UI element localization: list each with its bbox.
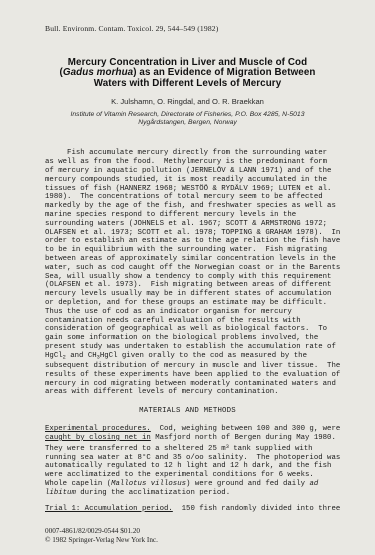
journal-citation: Bull. Environm. Contam. Toxicol. 29, 544… [45,24,375,33]
affiliation: Institute of Vitamin Research, Directora… [0,111,375,127]
footer: 0007-4861/82/0029-0544 $01.20 © 1982 Spr… [45,527,375,544]
paper-page: Bull. Environm. Contam. Toxicol. 29, 544… [0,0,375,555]
footer-copyright: © 1982 Springer-Verlag New York Inc. [45,536,375,544]
paper-title: Mercury Concentration in Liver and Muscl… [0,58,375,89]
authors-line: K. Julshamn, O. Ringdal, and O. R. Braek… [0,97,375,106]
materials-methods-heading: MATERIALS AND METHODS [0,407,375,415]
footer-issn-price: 0007-4861/82/0029-0544 $01.20 [45,527,375,535]
experimental-procedures-paragraph: Experimental procedures. Cod, weighing b… [45,425,347,497]
intro-paragraph: Fish accumulate mercury directly from th… [45,149,347,397]
trial-1-paragraph: Trial 1: Accumulation period. 150 fish r… [45,505,347,514]
